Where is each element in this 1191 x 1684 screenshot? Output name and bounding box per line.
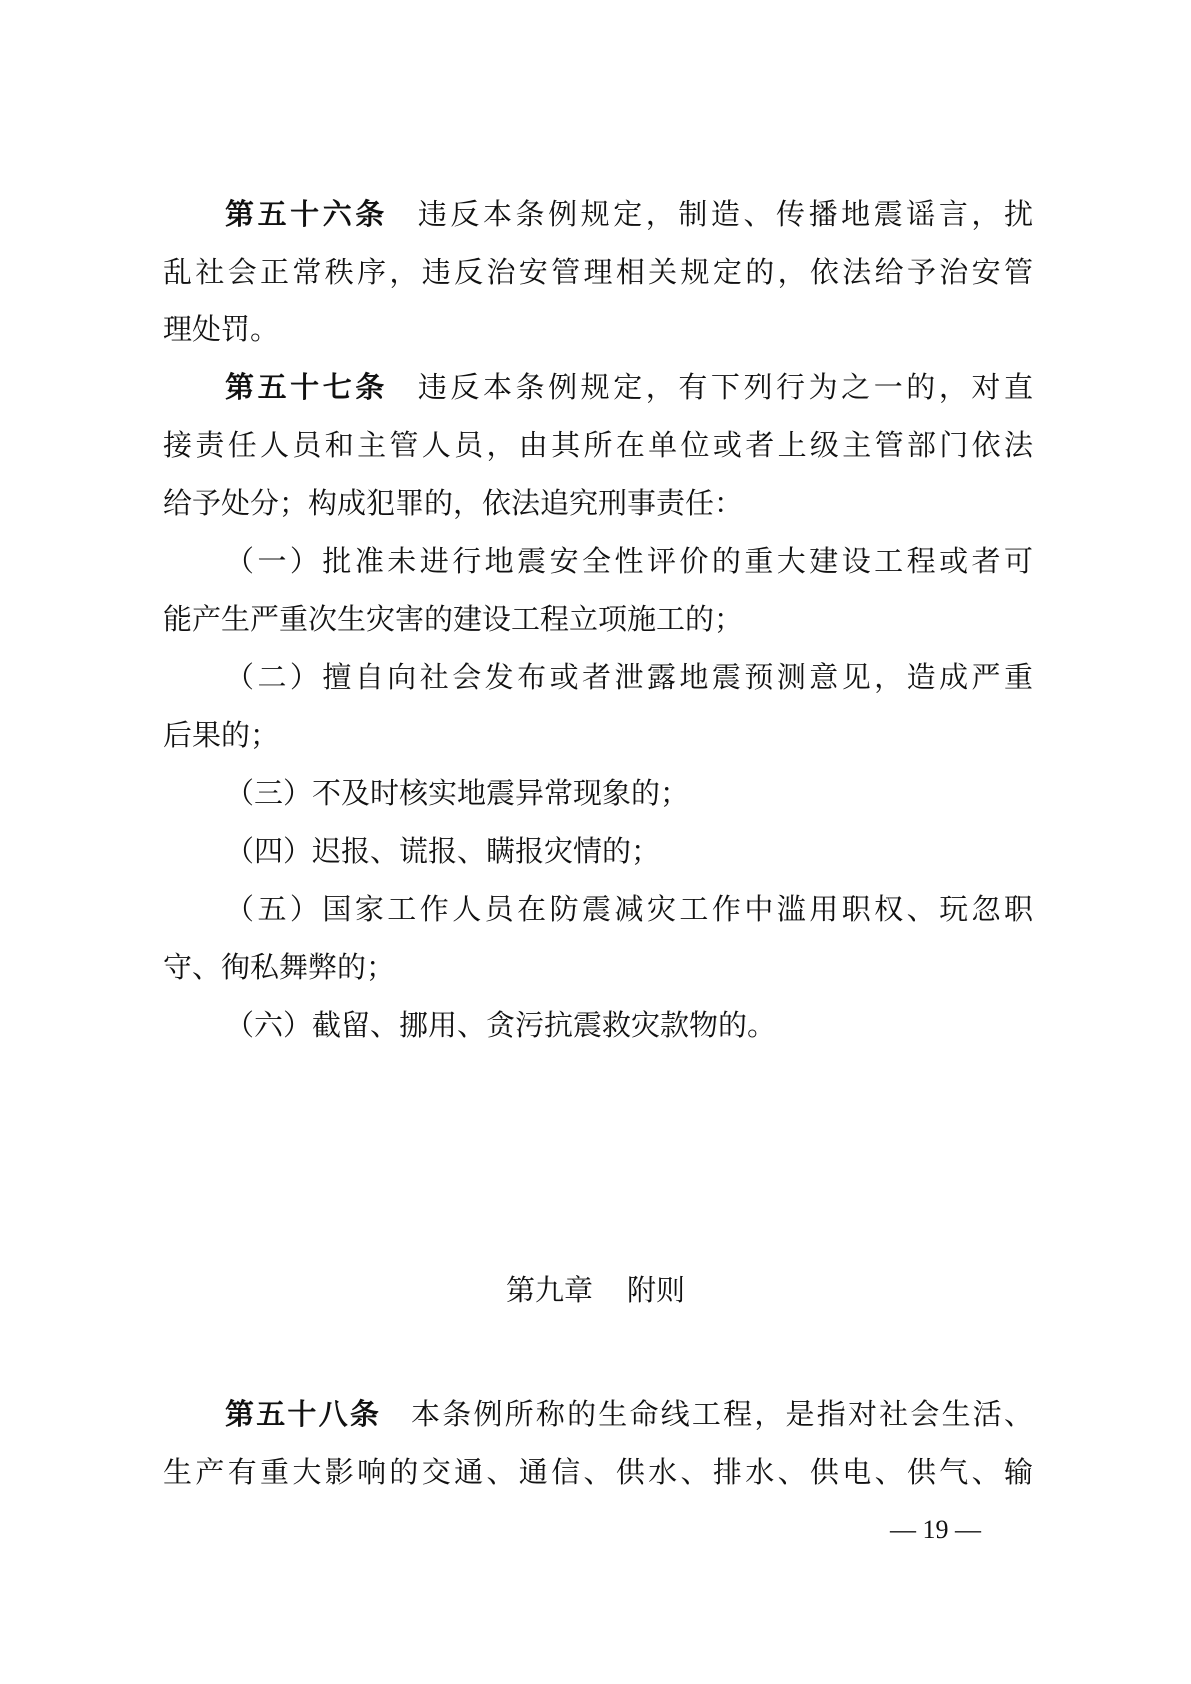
article-57-line-1: 第五十七条违反本条例规定，有下列行为之一的，对直 bbox=[225, 369, 1033, 405]
article-56-line-2: 乱社会正常秩序，违反治安管理相关规定的，依法给予治安管 bbox=[163, 254, 1033, 290]
chapter-title: 附则 bbox=[627, 1273, 685, 1307]
item-5-line-2: 守、徇私舞弊的； bbox=[163, 949, 1033, 985]
article-57-number: 第五十七条 bbox=[225, 370, 388, 404]
chapter-number: 第九章 bbox=[506, 1273, 593, 1307]
article-58-line-1: 第五十八条本条例所称的生命线工程，是指对社会生活、 bbox=[225, 1396, 1033, 1432]
article-57-line-2: 接责任人员和主管人员，由其所在单位或者上级主管部门依法 bbox=[163, 427, 1033, 463]
article-57-line-3: 给予处分；构成犯罪的，依法追究刑事责任： bbox=[163, 485, 1033, 521]
chapter-heading: 第九章附则 bbox=[0, 1272, 1191, 1308]
item-3: （三）不及时核实地震异常现象的； bbox=[225, 775, 1033, 811]
item-6: （六）截留、挪用、贪污抗震救灾款物的。 bbox=[225, 1007, 1033, 1043]
item-5-line-1: （五）国家工作人员在防震减灾工作中滥用职权、玩忽职 bbox=[225, 891, 1033, 927]
article-57-text: 违反本条例规定，有下列行为之一的，对直 bbox=[418, 370, 1033, 404]
item-4: （四）迟报、谎报、瞒报灾情的； bbox=[225, 833, 1033, 869]
article-58-line-2: 生产有重大影响的交通、通信、供水、排水、供电、供气、输 bbox=[163, 1454, 1033, 1490]
article-56-line-1: 第五十六条违反本条例规定，制造、传播地震谣言，扰 bbox=[225, 196, 1033, 232]
item-2-line-1: （二）擅自向社会发布或者泄露地震预测意见，造成严重 bbox=[225, 659, 1033, 695]
article-56-number: 第五十六条 bbox=[225, 197, 388, 231]
article-56-text: 违反本条例规定，制造、传播地震谣言，扰 bbox=[418, 197, 1033, 231]
article-58-text: 本条例所称的生命线工程，是指对社会生活、 bbox=[411, 1397, 1033, 1431]
article-58-number: 第五十八条 bbox=[225, 1397, 381, 1431]
document-page: 第五十六条违反本条例规定，制造、传播地震谣言，扰 乱社会正常秩序，违反治安管理相… bbox=[0, 0, 1191, 1684]
item-1-line-1: （一）批准未进行地震安全性评价的重大建设工程或者可 bbox=[225, 543, 1033, 579]
item-1-line-2: 能产生严重次生灾害的建设工程立项施工的； bbox=[163, 601, 1033, 637]
item-2-line-2: 后果的； bbox=[163, 717, 1033, 753]
page-number: — 19 — bbox=[890, 1515, 981, 1545]
article-56-line-3: 理处罚。 bbox=[163, 311, 1033, 347]
